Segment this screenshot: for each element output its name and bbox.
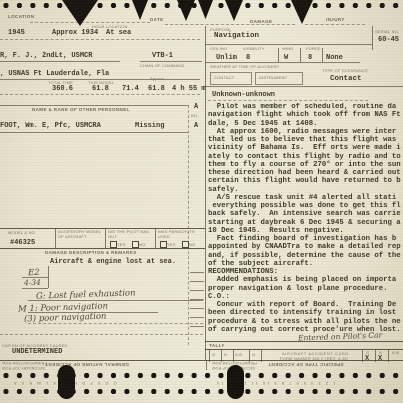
primary-row-note: PRIMARY-BOTTOM ROW bbox=[2, 361, 47, 365]
model-no-label: MODEL & NO bbox=[8, 230, 35, 235]
handwritten-box-rule bbox=[22, 288, 48, 289]
inj-label: INJ bbox=[191, 113, 198, 118]
bottom-section-divider bbox=[206, 360, 207, 370]
punched-hole bbox=[58, 365, 75, 399]
tally-col-o: O bbox=[252, 352, 255, 357]
rule bbox=[0, 39, 200, 40]
tally-mark-g: X bbox=[365, 355, 369, 363]
general-nature-label: GENERAL NATURE OF ACCIDENT bbox=[45, 362, 129, 367]
punch-notch bbox=[177, 0, 195, 21]
purpose-value: Navigation bbox=[214, 32, 259, 40]
location-value: At sea bbox=[106, 29, 131, 37]
rule bbox=[208, 100, 368, 101]
chain-of-command-label: CHAIN OF COMMAND bbox=[140, 63, 185, 68]
no-label: NO bbox=[189, 242, 195, 247]
handwritten-box-rule bbox=[22, 277, 48, 278]
cell-divider bbox=[300, 48, 301, 62]
clearance-value: Contact bbox=[330, 75, 362, 83]
specific-type-label: SPECIFIC TYPE OF ACCIDENT bbox=[268, 362, 344, 367]
causes-value: UNDETERMINED bbox=[12, 348, 62, 356]
section-rule bbox=[0, 248, 205, 249]
tally-col-ab: A-B bbox=[235, 352, 242, 357]
instrument-box-label: INSTRUMENT bbox=[259, 75, 287, 80]
punch-notch bbox=[132, 0, 148, 20]
secondary-row-note: SECONDARY-TOP ROW bbox=[2, 366, 45, 370]
bailout-no-checkbox bbox=[132, 241, 139, 248]
bailout-yes-checkbox bbox=[110, 241, 117, 248]
rule bbox=[28, 323, 203, 324]
cell-divider bbox=[105, 228, 106, 248]
weather-row-label: WEATHER AT TIME OF ACCIDENT bbox=[210, 64, 279, 69]
damage-remarks-text: Aircraft & engine lost at sea. bbox=[50, 258, 176, 266]
rule bbox=[140, 61, 202, 62]
route-value: Unknown-unknown bbox=[212, 91, 275, 99]
top-rule bbox=[30, 22, 150, 23]
serial-value: 60-45 bbox=[378, 36, 399, 44]
rule bbox=[0, 61, 120, 62]
hour-value: Approx 1934 bbox=[52, 29, 98, 37]
code-row-rule bbox=[190, 272, 204, 273]
rule bbox=[0, 94, 200, 95]
yes-label: YES bbox=[167, 242, 176, 247]
rule bbox=[205, 86, 403, 87]
cell-divider bbox=[55, 228, 56, 248]
rule bbox=[205, 44, 372, 45]
force-label: FORCE bbox=[306, 46, 321, 51]
top-label-injury: INJURY bbox=[326, 17, 345, 22]
hours-model: 61.8 bbox=[92, 85, 109, 93]
code-row-rule bbox=[190, 326, 204, 327]
code-row-rule bbox=[190, 299, 204, 300]
accessory-label: ACCESSORY MODEL OF AIRCRAFT bbox=[58, 230, 102, 239]
code-row-rule bbox=[190, 317, 204, 318]
station-value: , USNAS Ft Lauderdale, Fla bbox=[0, 70, 109, 78]
code-row-rule bbox=[190, 281, 204, 282]
tally-right-col-ab: A-B bbox=[392, 350, 399, 355]
punched-hole bbox=[227, 365, 244, 399]
rule bbox=[0, 132, 188, 133]
hours-30d: 61.8 bbox=[148, 85, 165, 93]
code-row-rule bbox=[190, 290, 204, 291]
cell-divider bbox=[155, 228, 156, 248]
year-value: 1945 bbox=[8, 29, 25, 37]
bailout-label: DID THE PILOT BAIL OUT bbox=[108, 230, 152, 239]
tally-label: TALLY bbox=[209, 343, 225, 348]
time-in-flight: 4 h 55 m bbox=[172, 85, 206, 93]
wind-value: W bbox=[284, 54, 288, 62]
serial-label: SERIAL NO. bbox=[375, 29, 399, 34]
rule bbox=[28, 312, 158, 313]
power-value: None bbox=[326, 54, 343, 62]
narrative-text: Pilot was member of scheduled, routine d… bbox=[208, 103, 403, 335]
visibility-label: VISIBILITY bbox=[243, 46, 265, 51]
hours-90d: 71.4 bbox=[122, 85, 139, 93]
rule bbox=[0, 334, 203, 335]
personnel-inj-value: A bbox=[194, 122, 198, 130]
tally-mark-n: X bbox=[378, 355, 382, 363]
aircraft-number: #46325 bbox=[10, 239, 35, 247]
top-label-location: LOCATION bbox=[8, 14, 34, 19]
approx-note: Approx bbox=[150, 76, 164, 81]
tally-top-rule bbox=[205, 341, 403, 342]
accident-report-card: LOCATION DATE DAMAGE INJURY HOUR LOCATIO… bbox=[0, 0, 403, 403]
personnel-header: NAME & RANK OF OTHER PERSONNEL bbox=[32, 107, 130, 112]
rule bbox=[0, 105, 188, 106]
punch-notch bbox=[291, 0, 313, 24]
tally-rule bbox=[205, 349, 403, 350]
handwritten-code2: 4-34 bbox=[24, 278, 41, 288]
personnel-name: FOOT, Wm. E, Pfc, USMCRA bbox=[0, 122, 101, 130]
rule bbox=[28, 300, 203, 301]
bottom-edge-rule bbox=[0, 360, 403, 361]
serial-box-divider bbox=[372, 26, 373, 50]
force-value: 8 bbox=[308, 54, 312, 62]
damage-remarks-header: DAMAGE DESCRIPTION & REMARKS bbox=[45, 250, 137, 255]
squadron-value: VTB-1 bbox=[152, 52, 173, 60]
rule bbox=[205, 62, 360, 63]
punch-notch bbox=[198, 0, 213, 19]
yes-label: YES bbox=[117, 242, 126, 247]
personnel-status: Missing bbox=[135, 122, 164, 130]
parachute-no-checkbox bbox=[182, 241, 189, 248]
main-column-divider bbox=[205, 26, 206, 360]
wind-label: WIND bbox=[282, 46, 293, 51]
pilot-name-value: R, F. J., 2ndLt, USMCR bbox=[0, 52, 92, 60]
inj-col-header: A bbox=[194, 103, 198, 111]
clearance-type-label: TYPE OF CLEARANCE bbox=[322, 68, 368, 73]
inj-column-divider bbox=[188, 105, 189, 345]
top-rule bbox=[305, 24, 365, 25]
contact-box-label: CONTACT bbox=[214, 75, 234, 80]
no-label: NO bbox=[139, 242, 145, 247]
top-label-date: DATE bbox=[150, 17, 164, 22]
ceiling-label: CEILING bbox=[210, 46, 227, 51]
cell-divider bbox=[322, 48, 323, 62]
tally-col-n: N bbox=[224, 352, 227, 357]
cell-divider bbox=[278, 48, 279, 62]
handwritten-box-rule bbox=[48, 266, 49, 288]
visibility-value: 8 bbox=[246, 54, 250, 62]
tally-col-g: G bbox=[212, 352, 215, 357]
ceiling-value: Unlim bbox=[216, 54, 237, 62]
punch-notch bbox=[225, 0, 243, 21]
top-rule bbox=[165, 24, 295, 25]
parachute-label: WAS PARACHUTE USED bbox=[158, 230, 202, 239]
parachute-yes-checkbox bbox=[160, 241, 167, 248]
code-row-rule bbox=[190, 308, 204, 309]
hours-total: 360.6 bbox=[52, 85, 73, 93]
